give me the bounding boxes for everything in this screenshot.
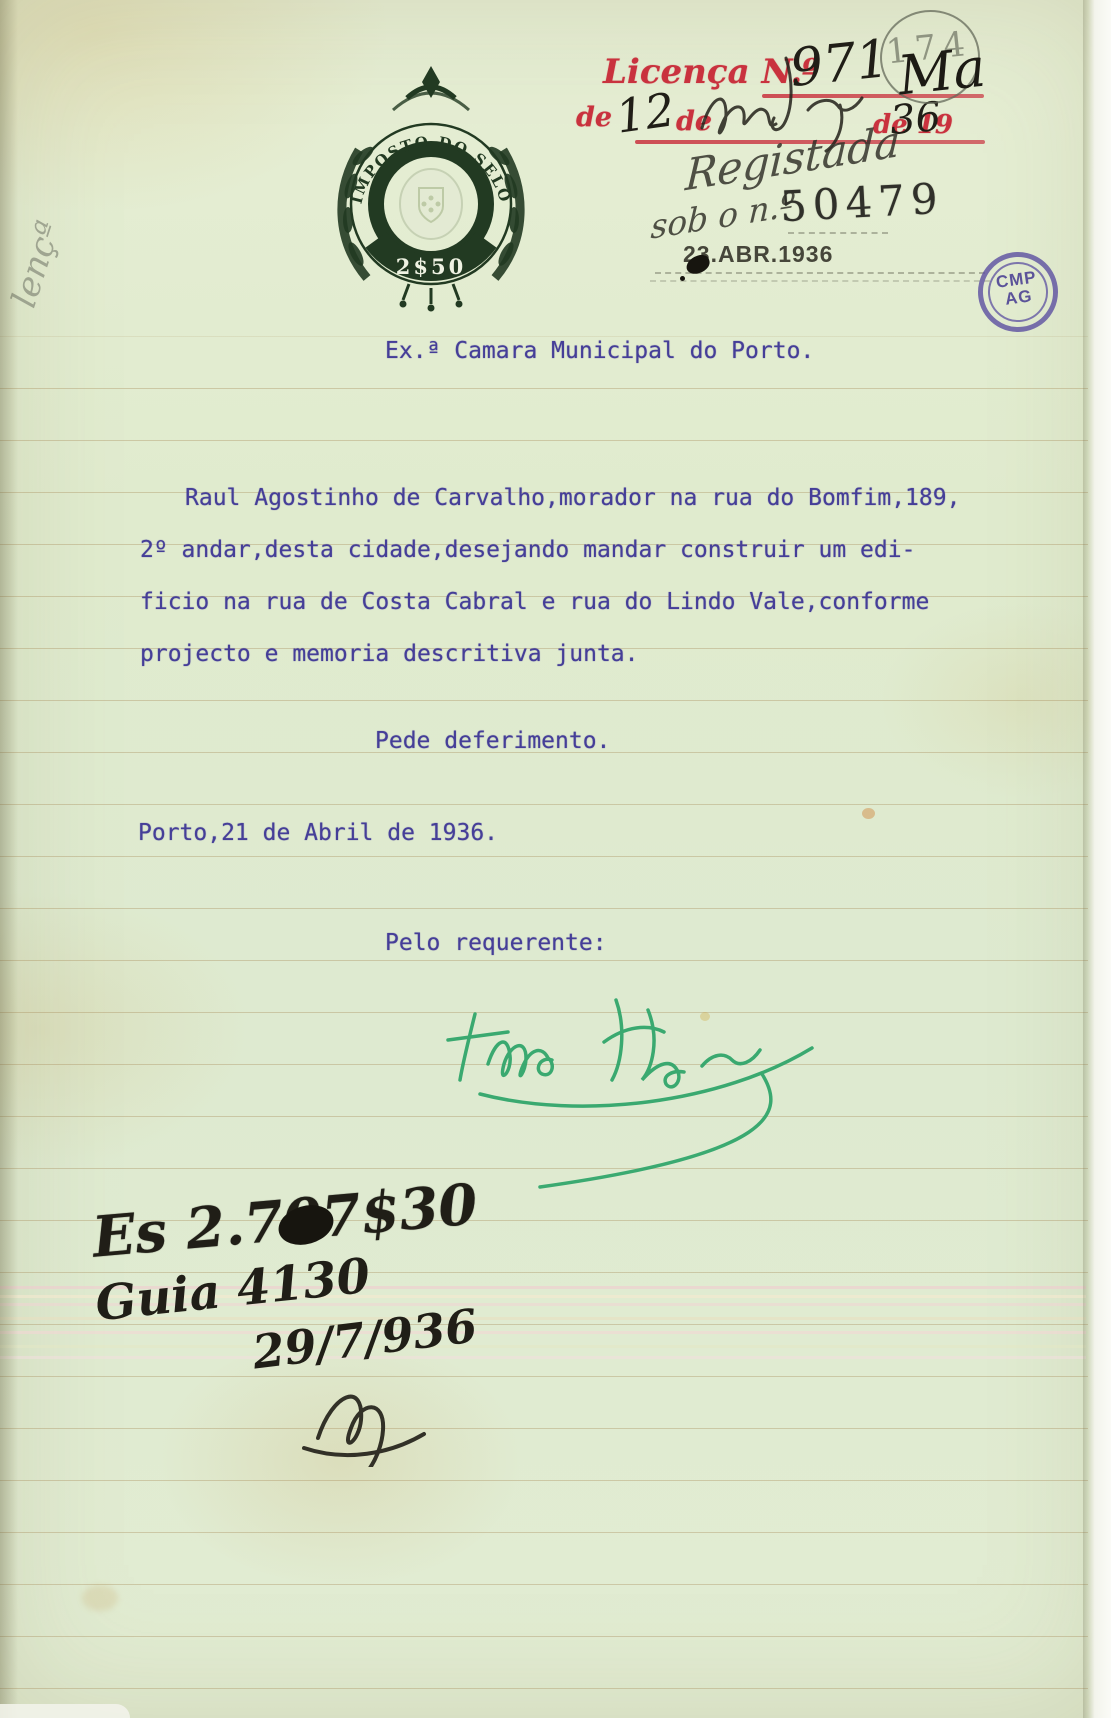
scan-edge-right <box>1083 0 1111 1718</box>
fiscal-stamp-value: 2$50 <box>396 254 466 279</box>
letter-dateline: Porto,21 de Abril de 1936. <box>138 820 498 846</box>
document-page: lençª <box>0 0 1111 1718</box>
body-line: projecto e memoria descritiva junta. <box>140 641 960 693</box>
faded-stamp-row <box>655 272 985 274</box>
licenca-de1: de <box>576 102 612 133</box>
body-line: ficio na rua de Costa Cabral e rua do Li… <box>140 589 960 641</box>
scan-corner-bottom-left <box>0 1704 130 1718</box>
licenca-day-handwritten: 12 <box>613 82 678 144</box>
embossed-coat-of-arms <box>400 169 462 239</box>
scan-artifact-line <box>0 1331 1086 1334</box>
clerk-initial-flourish <box>290 1352 460 1467</box>
scan-artifact-line <box>0 1356 1086 1359</box>
paper-stain <box>82 1585 118 1611</box>
signature-label: Pelo requerente: <box>385 930 607 956</box>
body-line: Raul Agostinho de Carvalho,morador na ru… <box>140 485 960 537</box>
registada-dotted-line <box>788 232 888 234</box>
letter-salutation: Ex.ª Camara Municipal do Porto. <box>385 338 814 364</box>
body-line: 2º andar,desta cidade,desejando mandar c… <box>140 537 960 589</box>
ruled-lines-top <box>0 285 1088 339</box>
faded-stamp-row <box>650 280 990 282</box>
page-gutter-shadow <box>0 0 18 1718</box>
scan-artifact-line <box>0 1345 1086 1348</box>
ink-speck <box>862 808 875 819</box>
registada-number: 50479 <box>779 174 945 231</box>
letter-body: Raul Agostinho de Carvalho,morador na ru… <box>140 485 960 693</box>
fiscal-tax-stamp: IMPOSTO DO SELO 2$50 <box>323 58 541 312</box>
folio-initials-handwritten: Ma <box>895 36 989 108</box>
requerente-signature-drawing <box>420 982 830 1197</box>
ink-blot-speck <box>680 276 685 281</box>
letter-closing: Pede deferimento. <box>375 728 610 754</box>
